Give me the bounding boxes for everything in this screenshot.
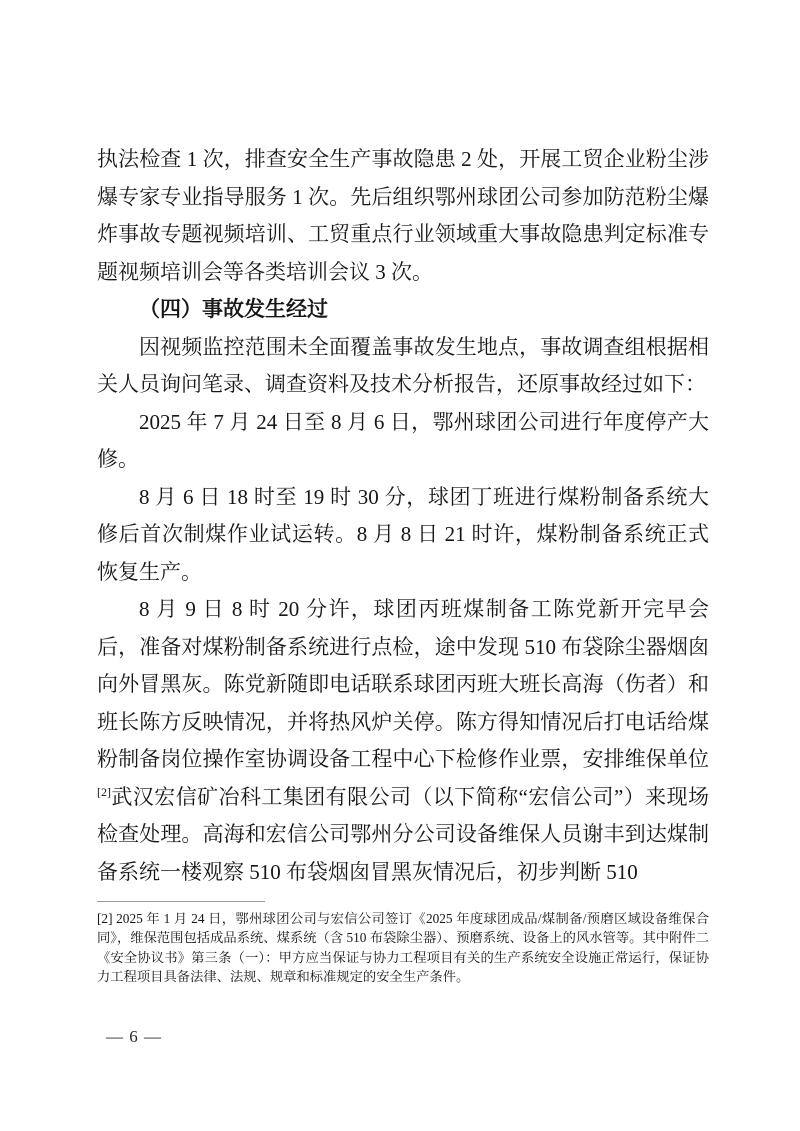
document-body: 执法检查 1 次，排查安全生产事故隐患 2 处，开展工贸企业粉尘涉爆专家专业指导… <box>97 141 709 891</box>
footnote-area: [2] 2025 年 1 月 24 日，鄂州球团公司与宏信公司签订《2025 年… <box>97 901 709 986</box>
section-heading-accident-course: （四）事故发生经过 <box>97 291 709 329</box>
paragraph-annual-overhaul: 2025 年 7 月 24 日至 8 月 6 日，鄂州球团公司进行年度停产大修。 <box>97 404 709 479</box>
paragraph-incident-morning: 8 月 9 日 8 时 20 分许，球团丙班煤制备工陈党新开完早会后，准备对煤粉… <box>97 591 709 891</box>
footnote-2-text: [2] 2025 年 1 月 24 日，鄂州球团公司与宏信公司签订《2025 年… <box>97 909 709 986</box>
paragraph-investigation-basis: 因视频监控范围未全面覆盖事故发生地点，事故调查组根据相关人员询问笔录、调查资料及… <box>97 329 709 404</box>
footnote-reference-2: [2] <box>97 785 111 799</box>
incident-text-after-ref: 武汉宏信矿冶科工集团有限公司（以下简称“宏信公司”）来现场检查处理。高海和宏信公… <box>97 785 709 884</box>
document-page: 执法检查 1 次，排查安全生产事故隐患 2 处，开展工贸企业粉尘涉爆专家专业指导… <box>0 0 800 1131</box>
incident-text-before-ref: 8 月 9 日 8 时 20 分许，球团丙班煤制备工陈党新开完早会后，准备对煤粉… <box>97 597 709 771</box>
paragraph-training-summary: 执法检查 1 次，排查安全生产事故隐患 2 处，开展工贸企业粉尘涉爆专家专业指导… <box>97 141 709 291</box>
page-number: — 6 — <box>106 1027 162 1047</box>
footnote-separator-line <box>97 901 265 902</box>
paragraph-trial-run: 8 月 6 日 18 时至 19 时 30 分，球团丁班进行煤粉制备系统大修后首… <box>97 479 709 592</box>
